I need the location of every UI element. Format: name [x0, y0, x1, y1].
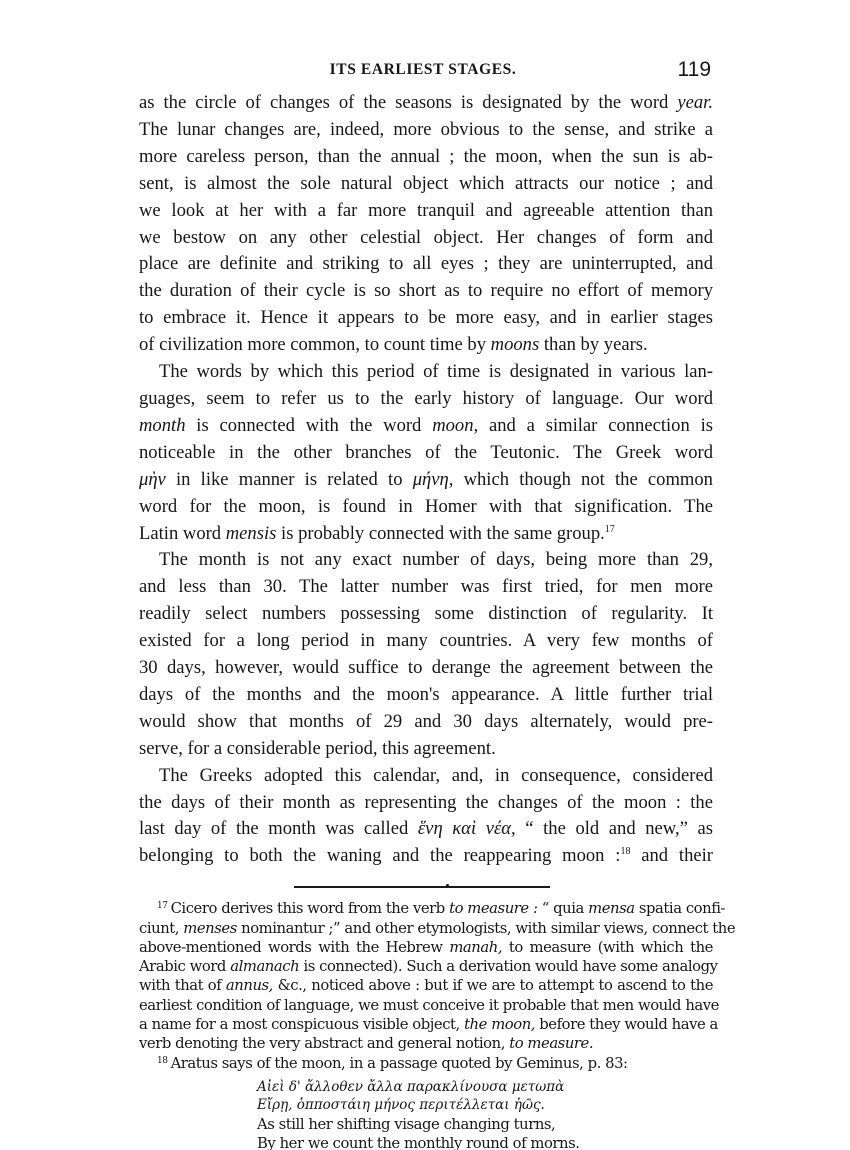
- text-line: word for the moon, is found in Homer wit…: [139, 494, 713, 521]
- text-line: would show that months of 29 and 30 days…: [139, 709, 713, 736]
- text-line: last day of the month was called ἕνη καὶ…: [139, 816, 713, 843]
- text-line: as the circle of changes of the seasons …: [139, 90, 713, 117]
- text-line: to embrace it. Hence it appears to be mo…: [139, 305, 713, 332]
- footnote-line: Arabic word almanach is connected). Such…: [139, 957, 713, 976]
- quoted-poem: Αἰεὶ δ' ἄλλοθεν ἄλλα παρακλίνουσα μετωπὰ…: [257, 1078, 713, 1150]
- separator-dot: [446, 884, 449, 887]
- text-line: The Greeks adopted this calendar, and, i…: [139, 763, 713, 790]
- paragraph-4: The Greeks adopted this calendar, and, i…: [139, 763, 713, 871]
- text-line: 30 days, however, would suffice to deran…: [139, 655, 713, 682]
- text-line: noticeable in the other branches of the …: [139, 440, 713, 467]
- emphasis: month: [139, 415, 185, 436]
- emphasis: annus,: [226, 977, 273, 994]
- emphasis: manah,: [449, 939, 502, 956]
- footnote-line: 18Aratus says of the moon, in a passage …: [139, 1054, 713, 1073]
- text-line: place are definite and striking to all e…: [139, 251, 713, 278]
- emphasis: menses: [183, 920, 237, 937]
- footnote-line: with that of annus, &c., noticed above :…: [139, 976, 713, 995]
- footnote-ref-17[interactable]: 17: [605, 524, 615, 535]
- text-line: μὴν in like manner is related to μήνη, w…: [139, 467, 713, 494]
- emphasis: moons: [491, 334, 540, 355]
- footnote-separator: [294, 886, 550, 888]
- text-line: the days of their month as representing …: [139, 790, 713, 817]
- footnote-marker: 18: [157, 1056, 168, 1066]
- footnote-line: above-mentioned words with the Hebrew ma…: [139, 938, 713, 957]
- page-number: 119: [678, 58, 711, 82]
- footnote-18: 18Aratus says of the moon, in a passage …: [139, 1054, 713, 1150]
- text-line: The lunar changes are, indeed, more obvi…: [139, 117, 713, 144]
- text-line: The words by which this period of time i…: [139, 359, 713, 386]
- emphasis: the moon,: [464, 1016, 535, 1033]
- footnote-marker: 17: [157, 901, 168, 911]
- text-line: of civilization more common, to count ti…: [139, 332, 713, 359]
- greek-word: μήνη,: [413, 469, 454, 490]
- emphasis: mensa: [588, 900, 634, 917]
- text-line: and less than 30. The latter number was …: [139, 574, 713, 601]
- footnote-line: verb denoting the very abstract and gene…: [139, 1034, 713, 1053]
- text-line: existed for a long period in many countr…: [139, 628, 713, 655]
- text-line: we look at her with a far more tranquil …: [139, 198, 713, 225]
- text-line: we bestow on any other celestial object.…: [139, 225, 713, 252]
- emphasis: year.: [677, 92, 713, 113]
- text-line: month is connected with the word moon, a…: [139, 413, 713, 440]
- emphasis: to measure :: [449, 900, 537, 917]
- body-text: as the circle of changes of the seasons …: [139, 90, 713, 870]
- text-line: Latin word mensis is probably connected …: [139, 521, 713, 548]
- text-line: The month is not any exact number of day…: [139, 547, 713, 574]
- footnote-line: earliest condition of language, we must …: [139, 996, 713, 1015]
- poem-greek-line: Εἴρῃ, ὁπποστάιη μήνος περιτέλλεται ἠῶς.: [257, 1096, 713, 1115]
- emphasis: moon,: [432, 415, 478, 436]
- footnote-ref-18[interactable]: 18: [620, 846, 630, 857]
- paragraph-1: as the circle of changes of the seasons …: [139, 90, 713, 359]
- running-head: ITS EARLIEST STAGES. 119: [139, 58, 713, 90]
- emphasis: to measure.: [509, 1035, 593, 1052]
- emphasis: almanach: [230, 958, 299, 975]
- footnote-line: 17Cicero derives this word from the verb…: [139, 899, 713, 918]
- poem-english-line: As still her shifting visage changing tu…: [257, 1115, 713, 1135]
- text-line: readily select numbers possessing some d…: [139, 601, 713, 628]
- poem-english-line: By her we count the monthly round of mor…: [257, 1134, 713, 1150]
- text-line: belonging to both the waning and the rea…: [139, 843, 713, 870]
- book-page: ITS EARLIEST STAGES. 119 as the circle o…: [139, 58, 713, 1150]
- paragraph-2: The words by which this period of time i…: [139, 359, 713, 547]
- greek-phrase: ἕνη καὶ νέα,: [418, 818, 516, 839]
- running-title: ITS EARLIEST STAGES.: [139, 61, 713, 79]
- text-line: days of the months and the moon's appear…: [139, 682, 713, 709]
- footnote-line: a name for a most conspicuous visible ob…: [139, 1015, 713, 1034]
- text-line: guages, seem to refer us to the early hi…: [139, 386, 713, 413]
- footnotes: 17Cicero derives this word from the verb…: [139, 899, 713, 1150]
- footnote-line: ciunt, menses nominantur ;” and other et…: [139, 919, 713, 938]
- text-line: the duration of their cycle is so short …: [139, 278, 713, 305]
- poem-greek-line: Αἰεὶ δ' ἄλλοθεν ἄλλα παρακλίνουσα μετωπὰ: [257, 1078, 713, 1097]
- footnote-17: 17Cicero derives this word from the verb…: [139, 899, 713, 1053]
- text-line: more careless person, than the annual ; …: [139, 144, 713, 171]
- text-line: sent, is almost the sole natural object …: [139, 171, 713, 198]
- emphasis: mensis: [226, 523, 277, 544]
- text-line: serve, for a considerable period, this a…: [139, 736, 713, 763]
- greek-word: μὴν: [139, 469, 166, 490]
- paragraph-3: The month is not any exact number of day…: [139, 547, 713, 762]
